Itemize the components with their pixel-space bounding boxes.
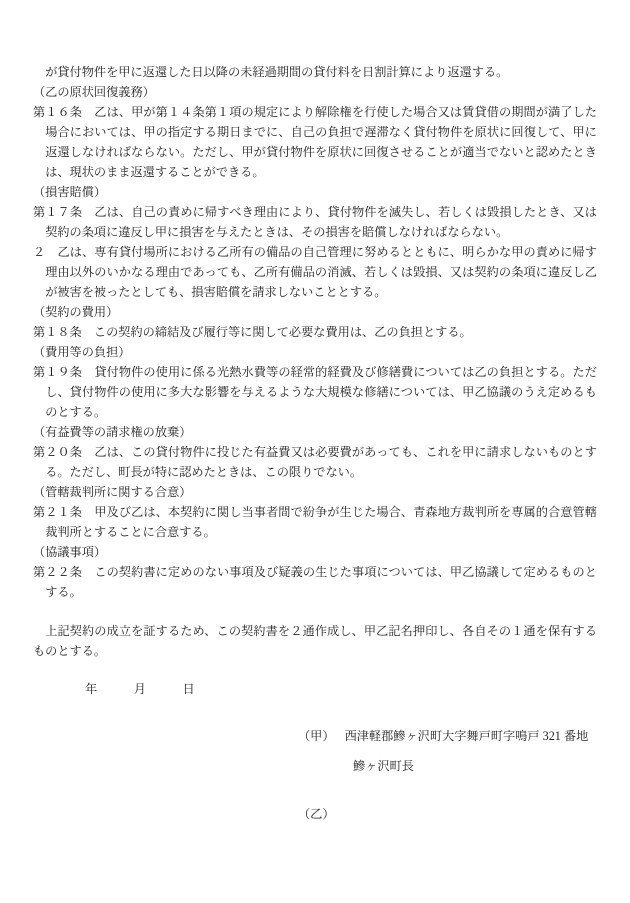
section-heading: （契約の費用） [33,302,597,322]
article-paragraph: ２ 乙は、専有貸付場所における乙所有の備品の自己管理に努めるとともに、明らかな甲… [45,242,597,302]
continuation-paragraph: が貸付物件を甲に返還した日以降の未経過期間の貸付料を日割計算により返還する。 [45,62,597,82]
party-otsu-label: （乙） [298,804,597,824]
closing-statement: 上記契約の成立を証するため、この契約書を２通作成し、甲乙記名押印し、各自その１通… [33,621,597,661]
contract-articles: が貸付物件を甲に返還した日以降の未経過期間の貸付料を日割計算により返還する。（乙… [33,62,597,602]
section-heading: （損害賠償） [33,182,597,202]
party-kou-name: 鰺ヶ沢町長 [353,756,597,776]
article-paragraph: 第１７条 乙は、自己の責めに帰すべき理由により、貸付物件を滅失し、若しくは毀損し… [45,202,597,242]
section-heading: （有益費等の請求権の放棄） [33,422,597,442]
article-paragraph: 第１６条 乙は、甲が第１４条第１項の規定により解除権を行使した場合又は賃貸借の期… [45,102,597,182]
date-line: 年 月 日 [85,679,597,699]
section-heading: （費用等の負担） [33,342,597,362]
party-kou-address: 西津軽郡鰺ヶ沢町大字舞戸町字鳴戸 321 番地 [345,729,589,743]
document-page: が貸付物件を甲に返還した日以降の未経過期間の貸付料を日割計算により返還する。（乙… [0,0,630,903]
section-heading: （乙の原状回復義務） [33,82,597,102]
article-paragraph: 第２１条 甲及び乙は、本契約に関し当事者間で紛争が生じた場合、青森地方裁判所を専… [45,502,597,542]
signature-block: （甲）西津軽郡鰺ヶ沢町大字舞戸町字鳴戸 321 番地 鰺ヶ沢町長 （乙） [298,726,597,824]
party-kou-row: （甲）西津軽郡鰺ヶ沢町大字舞戸町字鳴戸 321 番地 [298,726,597,746]
article-paragraph: 第２２条 この契約書に定めのない事項及び疑義の生じた事項については、甲乙協議して… [45,562,597,602]
party-kou-label: （甲） [298,729,335,743]
section-heading: （管轄裁判所に関する合意） [33,482,597,502]
section-heading: （協議事項） [33,542,597,562]
article-paragraph: 第１８条 この契約の締結及び履行等に関して必要な費用は、乙の負担とする。 [45,322,597,342]
article-paragraph: 第２０条 乙は、この貸付物件に投じた有益費又は必要費があっても、これを甲に請求し… [45,442,597,482]
article-paragraph: 第１９条 貸付物件の使用に係る光熱水費等の経常的経費及び修繕費については乙の負担… [45,362,597,422]
